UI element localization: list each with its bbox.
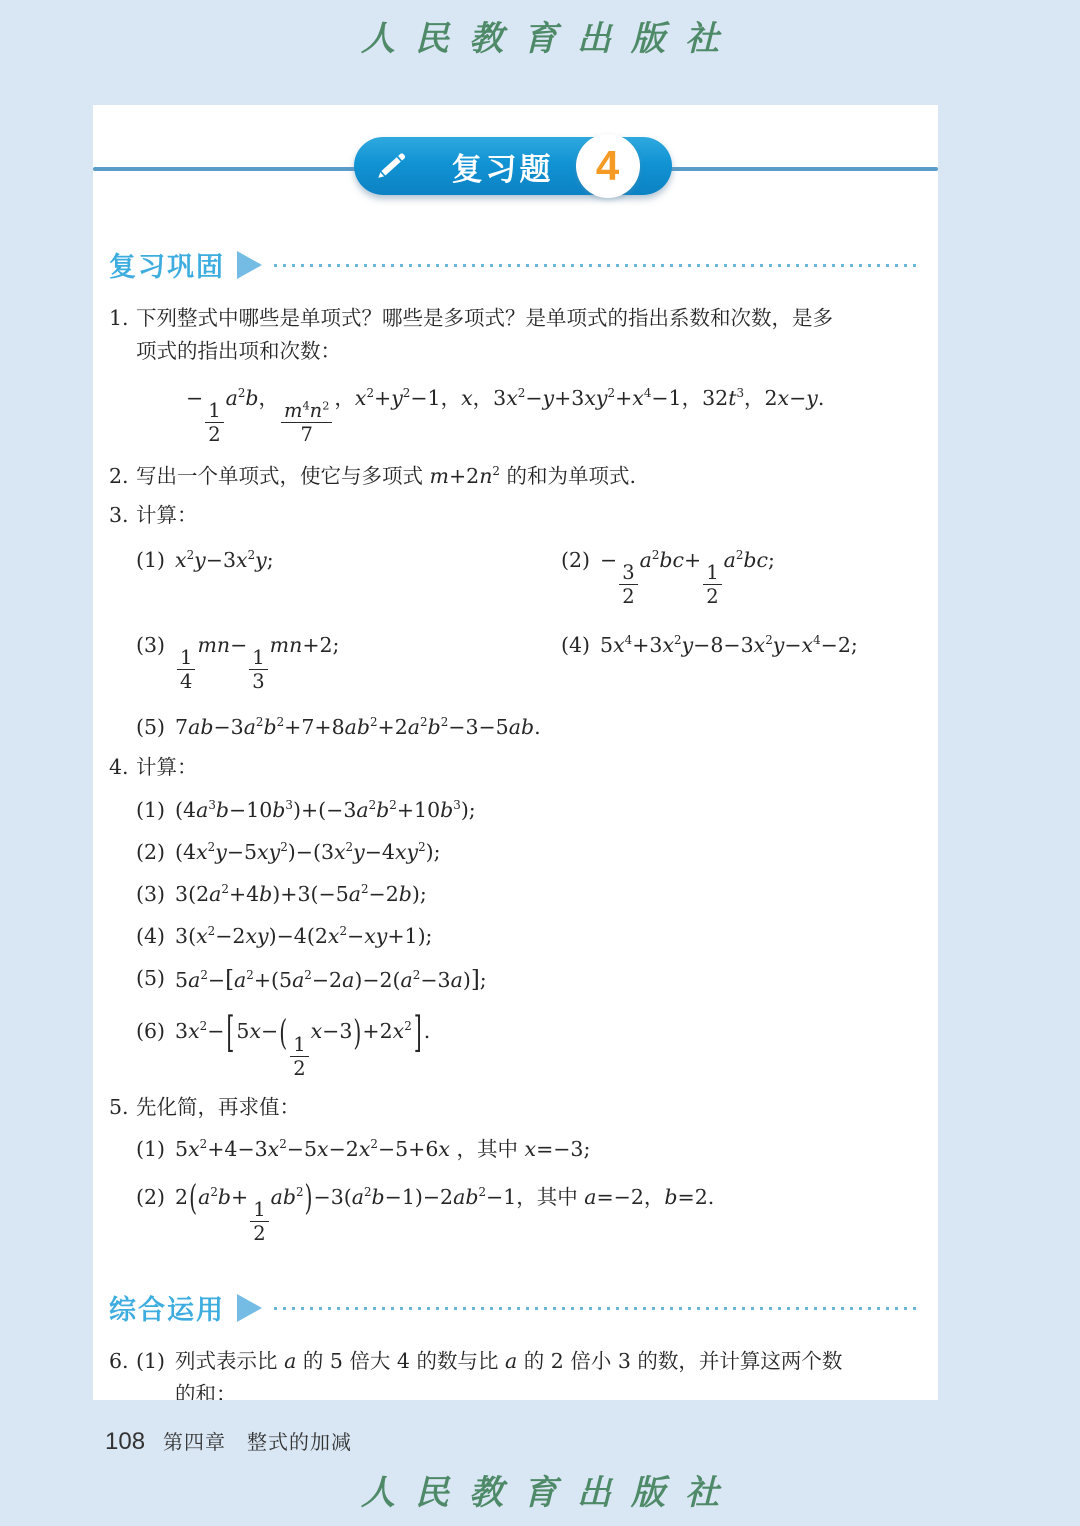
- problem-6: 6. (1) 列式表示比 a 的 5 倍大 4 的数与比 a 的 2 倍小 3 …: [109, 1345, 916, 1400]
- item-tag: (1): [136, 544, 165, 607]
- problem-number: 3.: [109, 499, 136, 746]
- problem-item: (1) (4a3b−10b3)+(−3a2b2+10b3);: [136, 794, 916, 827]
- item-math: 14mn−13mn+2;: [175, 629, 339, 692]
- problem-item: (5) 7ab−3a2b2+7+8ab2+2a2b2−3−5ab.: [136, 711, 916, 744]
- problem-3: 3. 计算： (1) x2y−3x2y; (2) −32a2bc+12a2bc;…: [109, 499, 916, 746]
- problem-item: (1) 列式表示比 a 的 5 倍大 4 的数与比 a 的 2 倍小 3 的数，…: [136, 1345, 916, 1400]
- item-tag: (4): [136, 920, 165, 953]
- publisher-logo-bottom: 人民教育出版社: [0, 1460, 1080, 1518]
- review-banner: 复习题 4: [109, 137, 916, 205]
- item-math: 3(x2−2xy)−4(2x2−xy+1);: [175, 920, 432, 953]
- problem-number: 2.: [109, 460, 136, 493]
- item-tag: (3): [136, 629, 165, 692]
- problem-number: 1.: [109, 302, 136, 454]
- item-math: x2y−3x2y;: [175, 544, 274, 607]
- item-math: (4a3b−10b3)+(−3a2b2+10b3);: [175, 794, 476, 827]
- banner-number-badge: 4: [576, 134, 640, 198]
- problem-item: (4) 5x4+3x2y−8−3x2y−x4−2;: [561, 629, 916, 692]
- dotted-leader: [274, 264, 916, 267]
- item-math: 2(a2b+12ab2)−3(a2b−1)−2ab2−1，其中 a=−2，b=2…: [175, 1181, 714, 1244]
- item-math: 7ab−3a2b2+7+8ab2+2a2b2−3−5ab.: [175, 711, 541, 744]
- problem-item: (1) x2y−3x2y;: [136, 544, 561, 607]
- triangle-icon: [237, 251, 262, 279]
- item-tag: (1): [136, 794, 165, 827]
- item-tag: (6): [136, 1015, 165, 1078]
- problem-label: 计算：: [136, 499, 916, 532]
- item-tag: (5): [136, 711, 165, 744]
- page-background: 人民教育出版社 复习题 4 复习巩固: [0, 0, 1080, 1518]
- problem-label: 先化简，再求值：: [136, 1091, 916, 1124]
- page-number: 108: [105, 1428, 145, 1456]
- item-tag: (5): [136, 962, 165, 999]
- problem-number: 4.: [109, 751, 136, 1084]
- problem-number: 5.: [109, 1091, 136, 1249]
- banner-pill: 复习题 4: [354, 137, 672, 195]
- chapter-title: 第四章 整式的加减: [163, 1426, 352, 1455]
- section-comprehensive-application: 综合运用: [109, 1288, 916, 1327]
- page-footer: 108 第四章 整式的加减: [105, 1426, 1080, 1456]
- item-tag: (3): [136, 878, 165, 911]
- problem-item: (5) 5a2−[a2+(5a2−2a)−2(a2−3a)];: [136, 962, 916, 999]
- problem-item: (3) 3(2a2+4b)+3(−5a2−2b);: [136, 878, 916, 911]
- problem-number: 6.: [109, 1345, 136, 1400]
- item-math: 3(2a2+4b)+3(−5a2−2b);: [175, 878, 427, 911]
- section-title: 综合运用: [109, 1288, 225, 1327]
- item-tag: (2): [561, 544, 590, 607]
- item-tag: (1): [136, 1345, 165, 1400]
- pencil-icon: [374, 149, 408, 183]
- item-math: −32a2bc+12a2bc;: [600, 544, 775, 607]
- banner-title: 复习题: [452, 144, 554, 189]
- item-tag: (2): [136, 1181, 165, 1244]
- item-math: 5x4+3x2y−8−3x2y−x4−2;: [600, 629, 858, 692]
- problem-2: 2. 写出一个单项式，使它与多项式 m+2n2 的和为单项式.: [109, 460, 916, 493]
- problem-item: (4) 3(x2−2xy)−4(2x2−xy+1);: [136, 920, 916, 953]
- publisher-logo-top: 人民教育出版社: [0, 0, 1080, 70]
- problem-4: 4. 计算： (1) (4a3b−10b3)+(−3a2b2+10b3); (2…: [109, 751, 916, 1084]
- item-tag: (2): [136, 836, 165, 869]
- section-title: 复习巩固: [109, 245, 225, 284]
- dotted-leader: [274, 1307, 916, 1310]
- problem-label: 计算：: [136, 751, 916, 784]
- problem-5: 5. 先化简，再求值： (1) 5x2+4−3x2−5x−2x2−5+6x ，其…: [109, 1091, 916, 1249]
- item-math: 5x2+4−3x2−5x−2x2−5+6x ，其中 x=−3;: [175, 1133, 590, 1166]
- problem-item: (2) −32a2bc+12a2bc;: [561, 544, 916, 607]
- item-tag: (4): [561, 629, 590, 692]
- item-math: 5a2−[a2+(5a2−2a)−2(a2−3a)];: [175, 962, 487, 999]
- problem-item: (1) 5x2+4−3x2−5x−2x2−5+6x ，其中 x=−3;: [136, 1133, 916, 1166]
- item-text: 列式表示比 a 的 5 倍大 4 的数与比 a 的 2 倍小 3 的数，并计算这…: [175, 1345, 842, 1400]
- problem-item: (2) (4x2y−5xy2)−(3x2y−4xy2);: [136, 836, 916, 869]
- problem-item: (3) 14mn−13mn+2;: [136, 629, 561, 692]
- item-math: (4x2y−5xy2)−(3x2y−4xy2);: [175, 836, 441, 869]
- item-tag: (1): [136, 1133, 165, 1166]
- content-sheet: 复习题 4 复习巩固 1. 下列整式中哪些是单项式？哪些是多项式？是单项式的指出…: [93, 105, 938, 1400]
- problem-item: (6) 3x2−[5x−(12x−3)+2x2].: [136, 1015, 916, 1078]
- item-math: 3x2−[5x−(12x−3)+2x2].: [175, 1015, 430, 1078]
- section-review-consolidation: 复习巩固: [109, 245, 916, 284]
- problem-item: (2) 2(a2b+12ab2)−3(a2b−1)−2ab2−1，其中 a=−2…: [136, 1181, 916, 1244]
- triangle-icon: [237, 1294, 262, 1322]
- problem-1: 1. 下列整式中哪些是单项式？哪些是多项式？是单项式的指出系数和次数，是多项式的…: [109, 302, 916, 454]
- problem-text: 写出一个单项式，使它与多项式 m+2n2 的和为单项式.: [136, 460, 916, 493]
- problem-text: 下列整式中哪些是单项式？哪些是多项式？是单项式的指出系数和次数，是多项式的指出项…: [136, 302, 916, 368]
- problem-math: −12a2b，m4n27，x2+y2−1，x，3x2−y+3xy2+x4−1，3…: [186, 382, 916, 445]
